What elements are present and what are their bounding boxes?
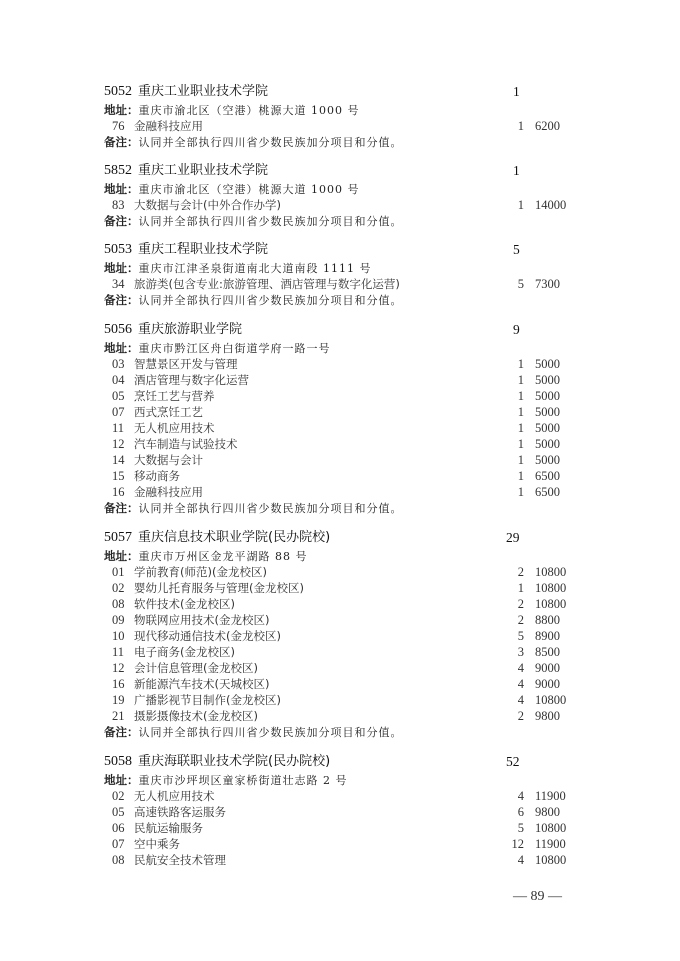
school-code: 5056: [104, 322, 132, 337]
major-row: 11电子商务(金龙校区)38500: [104, 644, 584, 660]
major-row: 08民航安全技术管理410800: [104, 852, 584, 868]
school-address: 地址：重庆市江津圣泉街道南北大道南段 1111 号: [104, 260, 584, 276]
school-address: 地址：重庆市渝北区（空港）桃源大道 1000 号: [104, 102, 584, 118]
school-total: 1: [513, 82, 520, 102]
major-row: 08软件技术(金龙校区)210800: [104, 596, 584, 612]
school-name: 重庆海联职业技术学院(民办院校): [138, 754, 330, 769]
school-header: 5052重庆工业职业技术学院 1: [104, 82, 584, 102]
school-block: 5053重庆工程职业技术学院 5 地址：重庆市江津圣泉街道南北大道南段 1111…: [104, 240, 584, 308]
major-row: 09物联网应用技术(金龙校区)28800: [104, 612, 584, 628]
major-row: 03智慧景区开发与管理15000: [104, 356, 584, 372]
major-row: 07空中乘务1211900: [104, 836, 584, 852]
school-header: 5852重庆工业职业技术学院 1: [104, 161, 584, 181]
major-row: 14大数据与会计15000: [104, 452, 584, 468]
school-block: 5057重庆信息技术职业学院(民办院校) 29 地址：重庆市万州区金龙平湖路 8…: [104, 528, 584, 740]
major-row: 11无人机应用技术15000: [104, 420, 584, 436]
school-block: 5852重庆工业职业技术学院 1 地址：重庆市渝北区（空港）桃源大道 1000 …: [104, 161, 584, 229]
school-total: 1: [513, 161, 520, 181]
school-header: 5053重庆工程职业技术学院 5: [104, 240, 584, 260]
major-row: 05烹饪工艺与营养15000: [104, 388, 584, 404]
school-name: 重庆工业职业技术学院: [138, 163, 268, 178]
school-address: 地址：重庆市沙坪坝区童家桥街道壮志路 2 号: [104, 772, 584, 788]
major-row: 19广播影视节目制作(金龙校区)410800: [104, 692, 584, 708]
major-row: 02无人机应用技术411900: [104, 788, 584, 804]
major-row: 83大数据与会计(中外合作办学)114000: [104, 197, 584, 213]
school-total: 9: [513, 320, 520, 340]
major-row: 01学前教育(师范)(金龙校区)210800: [104, 564, 584, 580]
school-note: 备注：认同并全部执行四川省少数民族加分项目和分值。: [104, 213, 584, 229]
school-code: 5052: [104, 84, 132, 99]
major-row: 12汽车制造与试验技术15000: [104, 436, 584, 452]
major-row: 16金融科技应用16500: [104, 484, 584, 500]
school-code: 5053: [104, 242, 132, 257]
school-note: 备注：认同并全部执行四川省少数民族加分项目和分值。: [104, 724, 584, 740]
school-block: 5052重庆工业职业技术学院 1 地址：重庆市渝北区（空港）桃源大道 1000 …: [104, 82, 584, 150]
school-header: 5056重庆旅游职业学院 9: [104, 320, 584, 340]
school-total: 5: [513, 240, 520, 260]
school-name: 重庆旅游职业学院: [138, 322, 242, 337]
major-row: 04酒店管理与数字化运营15000: [104, 372, 584, 388]
school-header: 5057重庆信息技术职业学院(民办院校) 29: [104, 528, 584, 548]
school-total: 29: [506, 528, 520, 548]
school-address: 地址：重庆市渝北区（空港）桃源大道 1000 号: [104, 181, 584, 197]
major-row: 06民航运输服务510800: [104, 820, 584, 836]
school-note: 备注：认同并全部执行四川省少数民族加分项目和分值。: [104, 134, 584, 150]
school-block: 5056重庆旅游职业学院 9 地址：重庆市黔江区舟白街道学府一路一号 03智慧景…: [104, 320, 584, 516]
major-row: 76金融科技应用16200: [104, 118, 584, 134]
document-page: 5052重庆工业职业技术学院 1 地址：重庆市渝北区（空港）桃源大道 1000 …: [0, 0, 680, 961]
major-row: 10现代移动通信技术(金龙校区)58900: [104, 628, 584, 644]
school-code: 5852: [104, 163, 132, 178]
school-address: 地址：重庆市万州区金龙平湖路 88 号: [104, 548, 584, 564]
school-name: 重庆工业职业技术学院: [138, 84, 268, 99]
school-header: 5058重庆海联职业技术学院(民办院校) 52: [104, 752, 584, 772]
school-total: 52: [506, 752, 520, 772]
major-row: 07西式烹饪工艺15000: [104, 404, 584, 420]
major-row: 15移动商务16500: [104, 468, 584, 484]
major-row: 12会计信息管理(金龙校区)49000: [104, 660, 584, 676]
school-block: 5058重庆海联职业技术学院(民办院校) 52 地址：重庆市沙坪坝区童家桥街道壮…: [104, 752, 584, 868]
school-note: 备注：认同并全部执行四川省少数民族加分项目和分值。: [104, 500, 584, 516]
school-name: 重庆工程职业技术学院: [138, 242, 268, 257]
school-note: 备注：认同并全部执行四川省少数民族加分项目和分值。: [104, 292, 584, 308]
major-row: 21摄影摄像技术(金龙校区)29800: [104, 708, 584, 724]
school-code: 5058: [104, 754, 132, 769]
major-row: 16新能源汽车技术(天城校区)49000: [104, 676, 584, 692]
major-row: 05高速铁路客运服务69800: [104, 804, 584, 820]
page-number: — 89 —: [513, 889, 562, 905]
school-code: 5057: [104, 530, 132, 545]
school-address: 地址：重庆市黔江区舟白街道学府一路一号: [104, 340, 584, 356]
major-row: 34旅游类(包含专业:旅游管理、酒店管理与数字化运营)57300: [104, 276, 584, 292]
major-row: 02婴幼儿托育服务与管理(金龙校区)110800: [104, 580, 584, 596]
school-name: 重庆信息技术职业学院(民办院校): [138, 530, 330, 545]
